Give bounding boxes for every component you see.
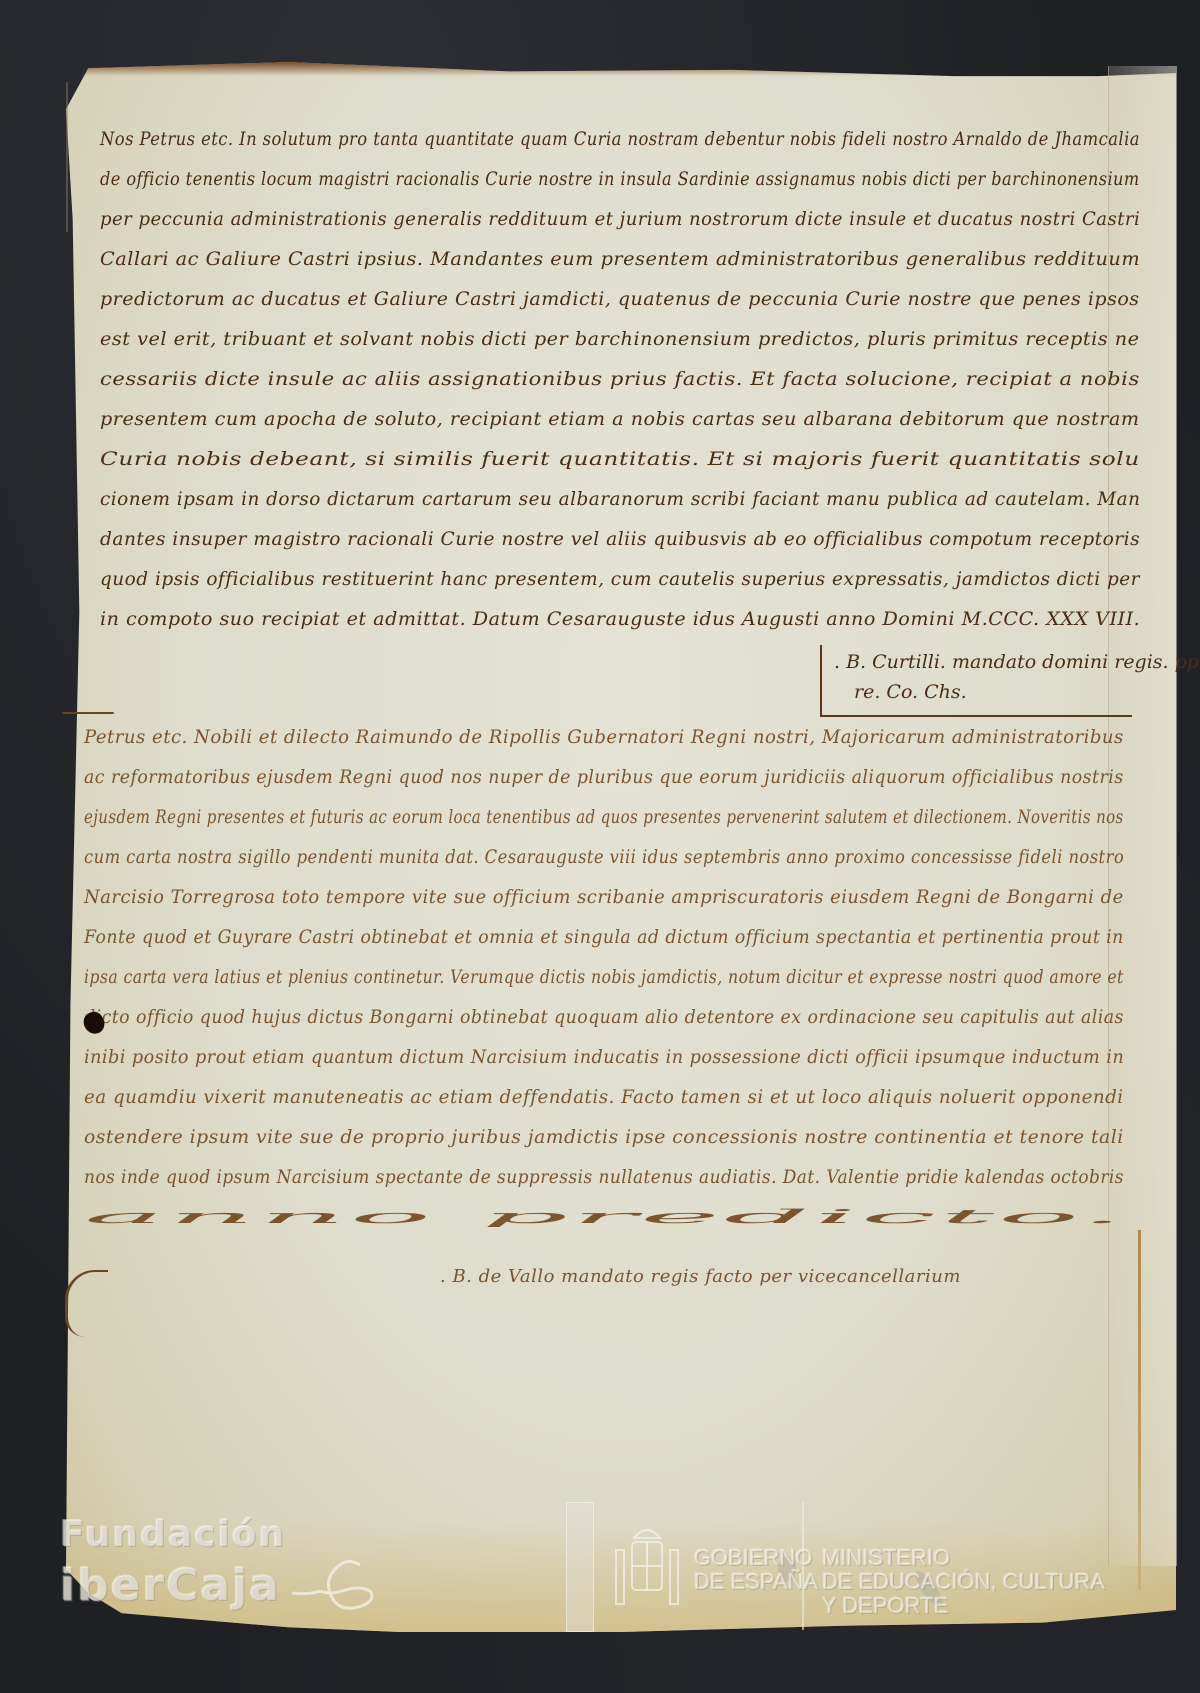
watermark-ministerio: MINISTERIO DE EDUCACIÓN, CULTURA Y DEPOR… [822, 1546, 1105, 1618]
registration-note-line: re. Co. Chs. [854, 681, 967, 703]
text-line: Curia nobis debeant, si similis fuerit q… [100, 448, 1140, 470]
text-line: Petrus etc. Nobili et dilecto Raimundo d… [84, 726, 1124, 748]
spain-coat-of-arms-icon [612, 1520, 682, 1612]
watermark-ibercaja-text: iberCaja [60, 1560, 281, 1611]
text-line: per peccunia administrationis generalis … [100, 208, 1140, 230]
fold-stain [1138, 1230, 1141, 1590]
gov-emblem-bar [566, 1502, 594, 1632]
paragraph-mark [62, 712, 114, 714]
text-line: inibi posito prout etiam quantum dictum … [84, 1046, 1124, 1068]
ministerio-line-2: DE EDUCACIÓN, CULTURA [822, 1570, 1105, 1594]
text-line: Narcisio Torregrosa toto tempore vite su… [84, 886, 1124, 908]
text-line: cessariis dicte insule ac aliis assignat… [100, 368, 1140, 390]
text-line: Callari ac Galiure Castri ipsius. Mandan… [100, 248, 1140, 270]
ibercaja-logo-icon [290, 1555, 380, 1615]
registration-note-box: . B. Curtilli. mandato domini regis. pp.… [820, 645, 1132, 717]
text-line: dantes insuper magistro racionali Curie … [100, 528, 1140, 550]
gobierno-line-1: GOBIERNO [694, 1546, 818, 1570]
text-line: Nos Petrus etc. In solutum pro tanta qua… [100, 128, 1140, 150]
text-line: dicto officio quod hujus dictus Bongarni… [84, 1006, 1124, 1028]
text-line: nos inde quod ipsum Narcisium spectante … [84, 1166, 1124, 1188]
ministerio-line-3: Y DEPORTE [822, 1594, 1105, 1618]
closing-note: . B. de Vallo mandato regis facto per vi… [440, 1266, 961, 1287]
text-line: presentem cum apocha de soluto, recipian… [100, 408, 1140, 430]
text-line: in compoto suo recipiat et admittat. Dat… [100, 608, 1140, 630]
watermark-separator [802, 1502, 804, 1630]
text-line: predictorum ac ducatus et Galiure Castri… [100, 288, 1140, 310]
text-line: cionem ipsam in dorso dictarum cartarum … [100, 488, 1140, 510]
text-line: Fonte quod et Guyrare Castri obtinebat e… [84, 926, 1124, 948]
text-line: cum carta nostra sigillo pendenti munita… [84, 846, 1124, 868]
watermark-gobierno: GOBIERNO DE ESPAÑA [694, 1546, 818, 1594]
text-line: ipsa carta vera latius et plenius contin… [84, 966, 1124, 988]
watermark-fundacion-text: Fundación [60, 1514, 286, 1555]
text-line: est vel erit, tribuant et solvant nobis … [100, 328, 1140, 350]
paragraph-bracket-mark [65, 1270, 108, 1337]
text-line: ejusdem Regni presentes et futuris ac eo… [84, 806, 1124, 828]
left-edge-repair [66, 82, 78, 232]
gobierno-line-2: DE ESPAÑA [694, 1570, 818, 1594]
text-line: quod ipsis officialibus restituerint han… [100, 568, 1140, 590]
registration-note-line: . B. Curtilli. mandato domini regis. pp.… [834, 651, 1200, 673]
text-line: ac reformatoribus ejusdem Regni quod nos… [84, 766, 1124, 788]
text-line: ea quamdiu vixerit manuteneatis ac etiam… [84, 1086, 1124, 1108]
text-line: ostendere ipsum vite sue de proprio juri… [84, 1126, 1124, 1148]
text-line: de officio tenentis locum magistri racio… [100, 168, 1140, 190]
text-line: anno predicto. [84, 1206, 1127, 1228]
ministerio-line-1: MINISTERIO [822, 1546, 1105, 1570]
